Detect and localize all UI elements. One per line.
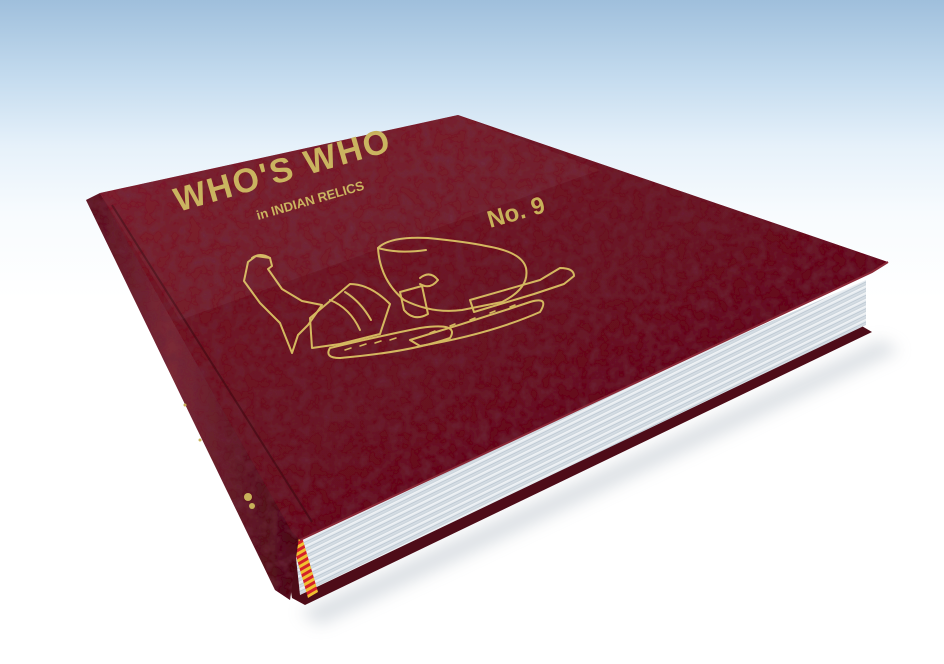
product-photo: WHO'S WHO in INDIAN RELICS No. 9 — [0, 0, 944, 664]
book: WHO'S WHO in INDIAN RELICS No. 9 — [0, 0, 944, 664]
